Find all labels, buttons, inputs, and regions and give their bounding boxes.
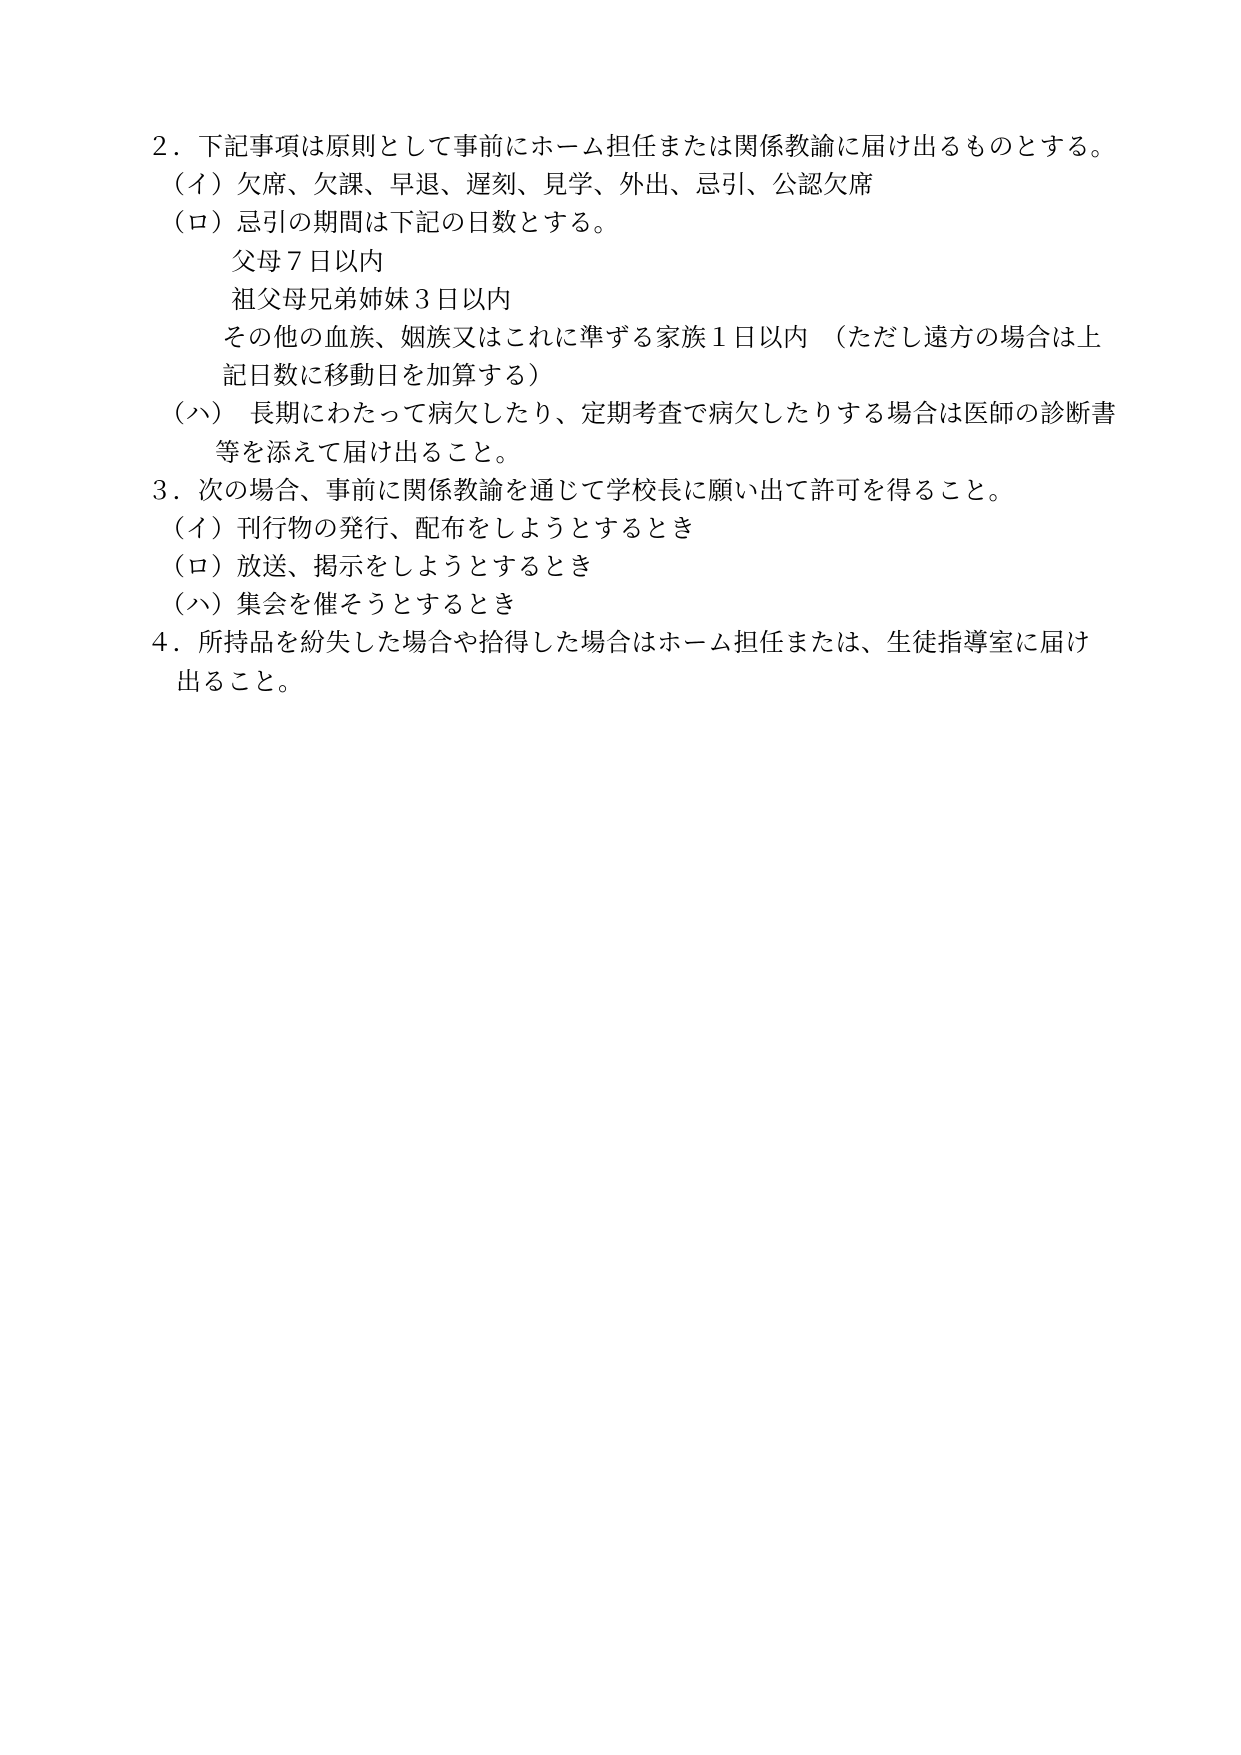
rule-item-2-ro-grandparents: 祖父母兄弟姉妹３日以内 xyxy=(0,281,1241,319)
rule-item-2-ro: （ロ）忌引の期間は下記の日数とする。 xyxy=(0,204,1241,242)
rule-item-2-ha-continuation: 等を添えて届け出ること。 xyxy=(0,434,1241,472)
rule-item-2: ２．下記事項は原則として事前にホーム担任または関係教諭に届け出るものとする。 xyxy=(0,128,1241,166)
rule-item-2-ha: （ハ） 長期にわたって病欠したり、定期考査で病欠したりする場合は医師の診断書 xyxy=(0,395,1241,433)
rule-item-3-ha: （ハ）集会を催そうとするとき xyxy=(0,586,1241,624)
document-page: ２．下記事項は原則として事前にホーム担任または関係教諭に届け出るものとする。 （… xyxy=(0,0,1241,1755)
rule-item-2-ro-other-relatives-2: 記日数に移動日を加算する） xyxy=(0,357,1241,395)
rule-item-3: ３．次の場合、事前に関係教諭を通じて学校長に願い出て許可を得ること。 xyxy=(0,472,1241,510)
document-body: ２．下記事項は原則として事前にホーム担任または関係教諭に届け出るものとする。 （… xyxy=(0,128,1241,701)
rule-item-3-i: （イ）刊行物の発行、配布をしようとするとき xyxy=(0,510,1241,548)
rule-item-2-i: （イ）欠席、欠課、早退、遅刻、見学、外出、忌引、公認欠席 xyxy=(0,166,1241,204)
rule-item-2-ro-parents: 父母７日以内 xyxy=(0,243,1241,281)
rule-item-2-ro-other-relatives: その他の血族、姻族又はこれに準ずる家族１日以内 （ただし遠方の場合は上 xyxy=(0,319,1241,357)
rule-item-4: ４．所持品を紛失した場合や拾得した場合はホーム担任または、生徒指導室に届け xyxy=(0,624,1241,662)
rule-item-3-ro: （ロ）放送、掲示をしようとするとき xyxy=(0,548,1241,586)
rule-item-4-continuation: 出ること。 xyxy=(0,663,1241,701)
